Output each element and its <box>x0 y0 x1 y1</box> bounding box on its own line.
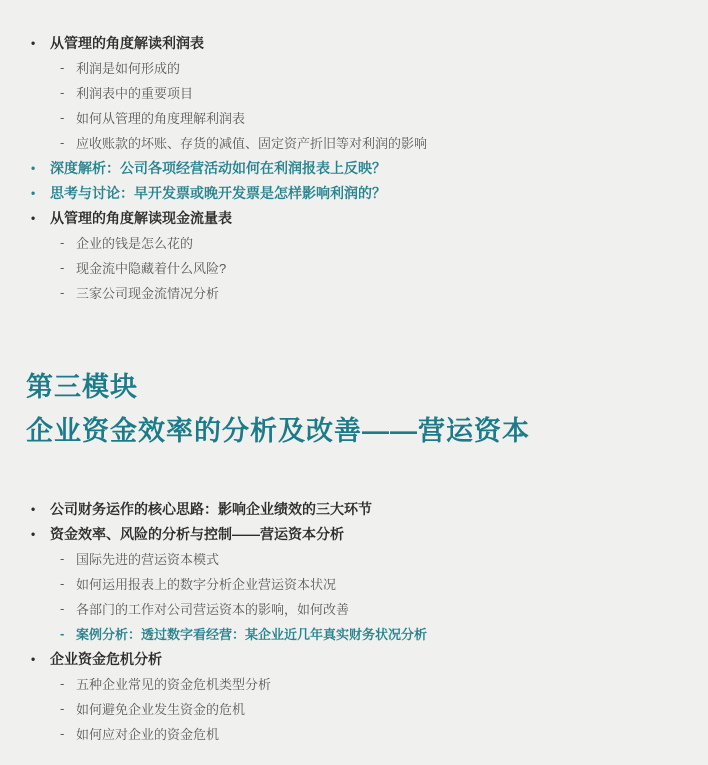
list-item-text: 从管理的角度解读现金流量表 <box>50 208 232 228</box>
dash-icon: - <box>60 110 76 125</box>
list-item-text: 如何避免企业发生资金的危机 <box>76 699 245 718</box>
course-outline-list-top: •从管理的角度解读利润表-利润是如何形成的-利润表中的重要项目-如何从管理的角度… <box>0 30 708 305</box>
sub-list-item: -三家公司现金流情况分析 <box>0 280 708 305</box>
sub-list-item: -利润表中的重要项目 <box>0 80 708 105</box>
dash-icon: - <box>60 285 76 300</box>
dash-icon: - <box>60 676 76 691</box>
bullet-icon: • <box>31 652 50 666</box>
bullet-icon: • <box>31 161 50 175</box>
dash-icon: - <box>60 85 76 100</box>
list-item-text: 企业资金危机分析 <box>50 649 162 669</box>
sub-list-item: -案例分析：透过数字看经营：某企业近几年真实财务状况分析 <box>0 621 708 646</box>
dash-icon: - <box>60 626 76 641</box>
sub-list-item: -国际先进的营运资本模式 <box>0 546 708 571</box>
list-item-text: 资金效率、风险的分析与控制——营运资本分析 <box>50 524 344 544</box>
list-item-text: 利润是如何形成的 <box>76 58 180 77</box>
sub-list-item: -五种企业常见的资金危机类型分析 <box>0 671 708 696</box>
module-heading: 第三模块 企业资金效率的分析及改善——营运资本 <box>26 365 708 453</box>
course-outline-list-bottom: •公司财务运作的核心思路：影响企业绩效的三大环节•资金效率、风险的分析与控制——… <box>0 496 708 746</box>
list-item: •企业资金危机分析 <box>0 646 708 671</box>
list-item: •深度解析：公司各项经营活动如何在利润报表上反映？ <box>0 155 708 180</box>
list-item-text: 案例分析：透过数字看经营：某企业近几年真实财务状况分析 <box>76 624 427 643</box>
bullet-icon: • <box>31 527 50 541</box>
sub-list-item: -如何应对企业的资金危机 <box>0 721 708 746</box>
list-item-text: 如何运用报表上的数字分析企业营运资本状况 <box>76 574 336 593</box>
list-item: •从管理的角度解读利润表 <box>0 30 708 55</box>
list-item-text: 应收账款的坏账、存货的减值、固定资产折旧等对利润的影响 <box>76 133 427 152</box>
sub-list-item: -应收账款的坏账、存货的减值、固定资产折旧等对利润的影响 <box>0 130 708 155</box>
dash-icon: - <box>60 135 76 150</box>
list-item-text: 如何从管理的角度理解利润表 <box>76 108 245 127</box>
sub-list-item: -各部门的工作对公司营运资本的影响，如何改善 <box>0 596 708 621</box>
sub-list-item: -如何避免企业发生资金的危机 <box>0 696 708 721</box>
list-item-text: 五种企业常见的资金危机类型分析 <box>76 674 271 693</box>
dash-icon: - <box>60 726 76 741</box>
list-item-text: 如何应对企业的资金危机 <box>76 724 219 743</box>
sub-list-item: -如何从管理的角度理解利润表 <box>0 105 708 130</box>
sub-list-item: -现金流中隐藏着什么风险? <box>0 255 708 280</box>
module-heading-line2: 企业资金效率的分析及改善——营运资本 <box>26 409 708 453</box>
bullet-icon: • <box>31 186 50 200</box>
sub-list-item: -企业的钱是怎么花的 <box>0 230 708 255</box>
list-item-text: 国际先进的营运资本模式 <box>76 549 219 568</box>
list-item: •资金效率、风险的分析与控制——营运资本分析 <box>0 521 708 546</box>
dash-icon: - <box>60 601 76 616</box>
list-item-text: 企业的钱是怎么花的 <box>76 233 193 252</box>
list-item-text: 三家公司现金流情况分析 <box>76 283 219 302</box>
list-item: •从管理的角度解读现金流量表 <box>0 205 708 230</box>
dash-icon: - <box>60 551 76 566</box>
list-item-text: 从管理的角度解读利润表 <box>50 33 204 53</box>
dash-icon: - <box>60 260 76 275</box>
list-item-text: 各部门的工作对公司营运资本的影响，如何改善 <box>76 599 349 618</box>
list-item-text: 思考与讨论：早开发票或晚开发票是怎样影响利润的？ <box>50 183 386 203</box>
module-heading-line1: 第三模块 <box>26 365 708 409</box>
dash-icon: - <box>60 235 76 250</box>
dash-icon: - <box>60 576 76 591</box>
bullet-icon: • <box>31 502 50 516</box>
list-item-text: 现金流中隐藏着什么风险? <box>76 258 226 277</box>
list-item-text: 利润表中的重要项目 <box>76 83 193 102</box>
sub-list-item: -如何运用报表上的数字分析企业营运资本状况 <box>0 571 708 596</box>
bullet-icon: • <box>31 36 50 50</box>
list-item-text: 公司财务运作的核心思路：影响企业绩效的三大环节 <box>50 499 372 519</box>
list-item-text: 深度解析：公司各项经营活动如何在利润报表上反映？ <box>50 158 386 178</box>
list-item: •公司财务运作的核心思路：影响企业绩效的三大环节 <box>0 496 708 521</box>
sub-list-item: -利润是如何形成的 <box>0 55 708 80</box>
bullet-icon: • <box>31 211 50 225</box>
dash-icon: - <box>60 60 76 75</box>
document-page: •从管理的角度解读利润表-利润是如何形成的-利润表中的重要项目-如何从管理的角度… <box>0 0 708 765</box>
list-item: •思考与讨论：早开发票或晚开发票是怎样影响利润的？ <box>0 180 708 205</box>
dash-icon: - <box>60 701 76 716</box>
